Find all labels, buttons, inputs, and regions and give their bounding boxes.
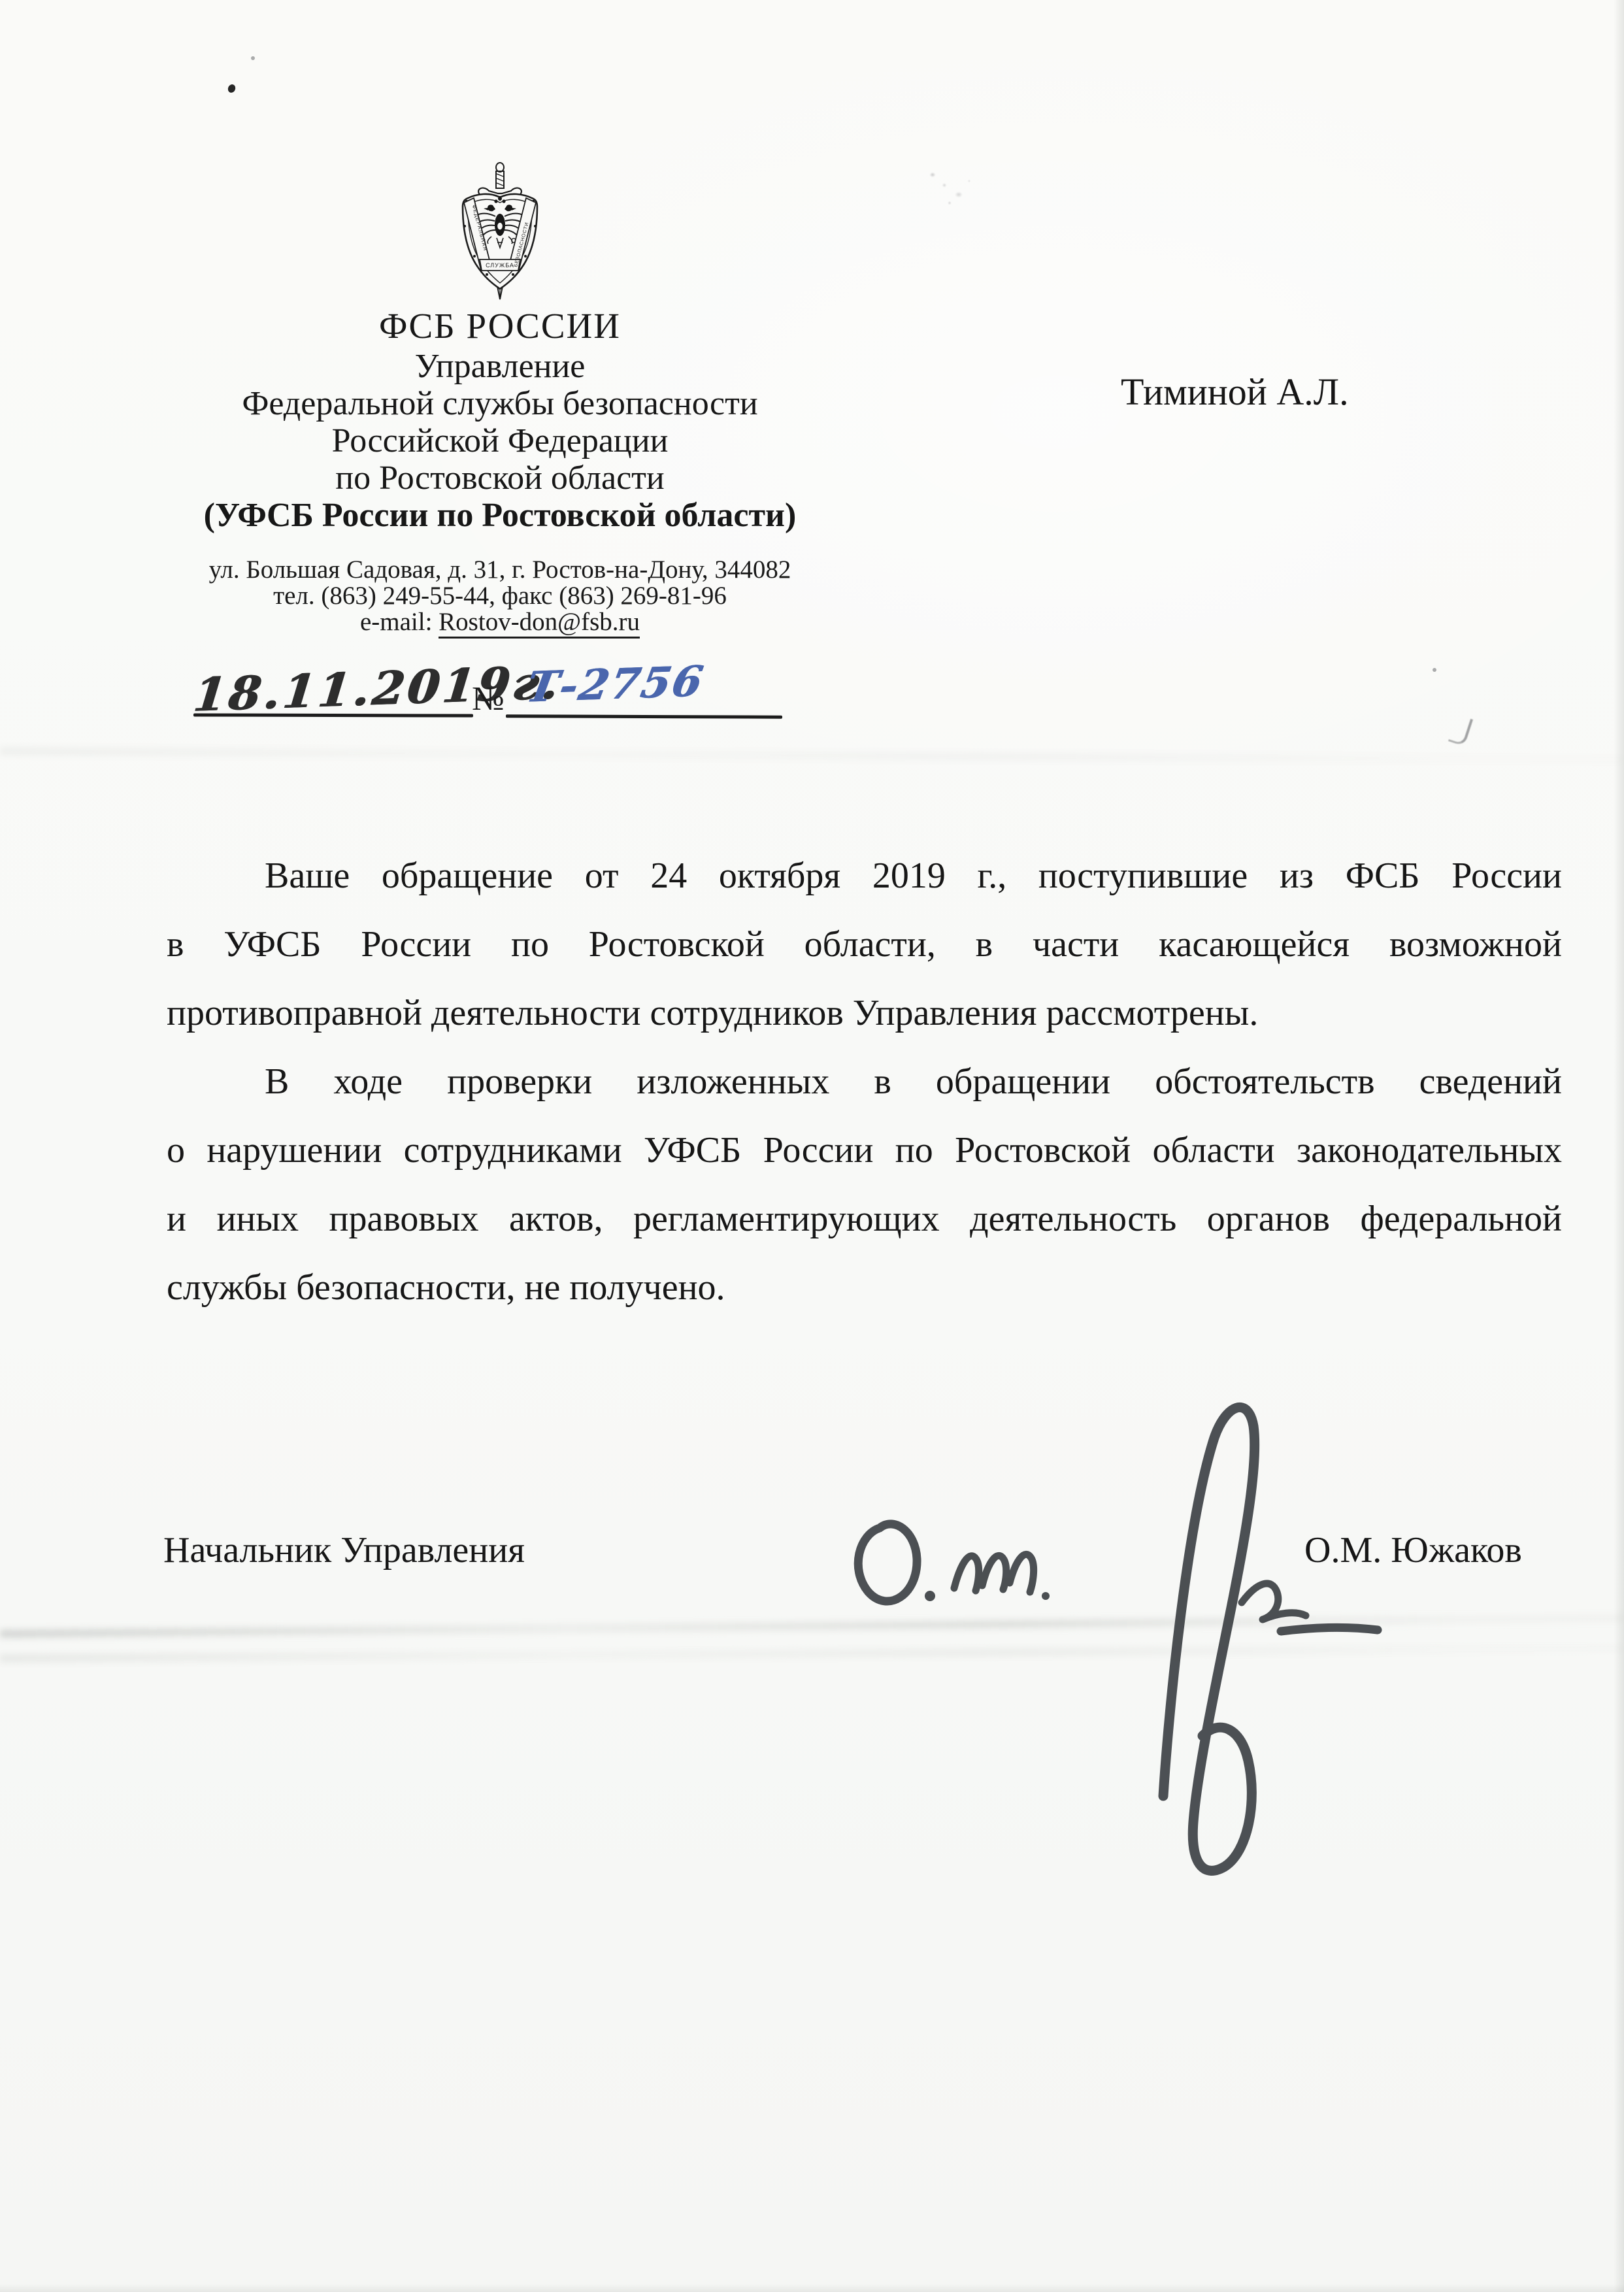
- org-name-line: Управление: [91, 348, 908, 385]
- email-address: Rostov-don@fsb.ru: [439, 608, 640, 639]
- org-short-name-line: (УФСБ России по Ростовской области): [91, 497, 908, 534]
- ink-speck: [1448, 714, 1473, 746]
- org-name-line: по Ростовской области: [91, 459, 908, 497]
- scan-edge-shadow: [0, 2284, 1624, 2292]
- body-line: о нарушении сотрудниками УФСБ России по …: [167, 1116, 1562, 1185]
- number-sign: №: [472, 680, 505, 718]
- signer-position-title: Начальник Управления: [163, 1529, 525, 1571]
- fsb-emblem-icon: ФЕДЕРАЛЬНАЯ БЕЗОПАСНОСТИ СЛУЖБА: [451, 161, 549, 301]
- number-underline: [506, 714, 782, 718]
- ink-speck: [227, 83, 237, 93]
- address-line: ул. Большая Садовая, д. 31, г. Ростов-на…: [91, 557, 908, 583]
- paper-crease: [0, 747, 1624, 763]
- scanned-letter-page: ФЕДЕРАЛЬНАЯ БЕЗОПАСНОСТИ СЛУЖБА ФСБ РОСС…: [0, 0, 1624, 2292]
- body-line: и иных правовых актов, регламентирующих …: [167, 1185, 1562, 1254]
- letterhead-address-block: ул. Большая Садовая, д. 31, г. Ростов-на…: [91, 557, 908, 635]
- scan-edge-shadow: [1614, 0, 1624, 2292]
- email-label: e-mail:: [360, 608, 439, 636]
- body-line: службы безопасности, не получено.: [167, 1254, 1562, 1322]
- phone-fax-line: тел. (863) 249-55-44, факс (863) 269-81-…: [91, 583, 908, 609]
- org-name-line: ФСБ РОССИИ: [91, 306, 908, 346]
- handwritten-registration-number: Т-2756: [522, 657, 707, 712]
- letterhead-org-block: ФСБ РОССИИ Управление Федеральной службы…: [91, 306, 908, 534]
- body-line: противоправной деятельности сотрудников …: [167, 979, 1562, 1048]
- ink-speck: [251, 56, 255, 60]
- emblem-banner-bottom-text: СЛУЖБА: [486, 262, 514, 269]
- signature-autograph: [823, 1372, 1412, 1908]
- body-line: В ходе проверки изложенных в обращении о…: [167, 1048, 1562, 1116]
- letter-body: Ваше обращение от 24 октября 2019 г., по…: [167, 842, 1562, 1322]
- email-line: e-mail: Rostov-don@fsb.ru: [91, 609, 908, 635]
- body-line: в УФСБ России по Ростовской области, в ч…: [167, 910, 1562, 979]
- org-name-line: Федеральной службы безопасности: [91, 385, 908, 422]
- body-line: Ваше обращение от 24 октября 2019 г., по…: [167, 842, 1562, 910]
- ink-speck: [1433, 668, 1436, 672]
- org-name-line: Российской Федерации: [91, 422, 908, 459]
- handwritten-date: 18.11.2019г.: [191, 655, 564, 722]
- scan-smudge: [918, 160, 984, 212]
- addressee-name: Тиминой А.Л.: [1121, 370, 1349, 414]
